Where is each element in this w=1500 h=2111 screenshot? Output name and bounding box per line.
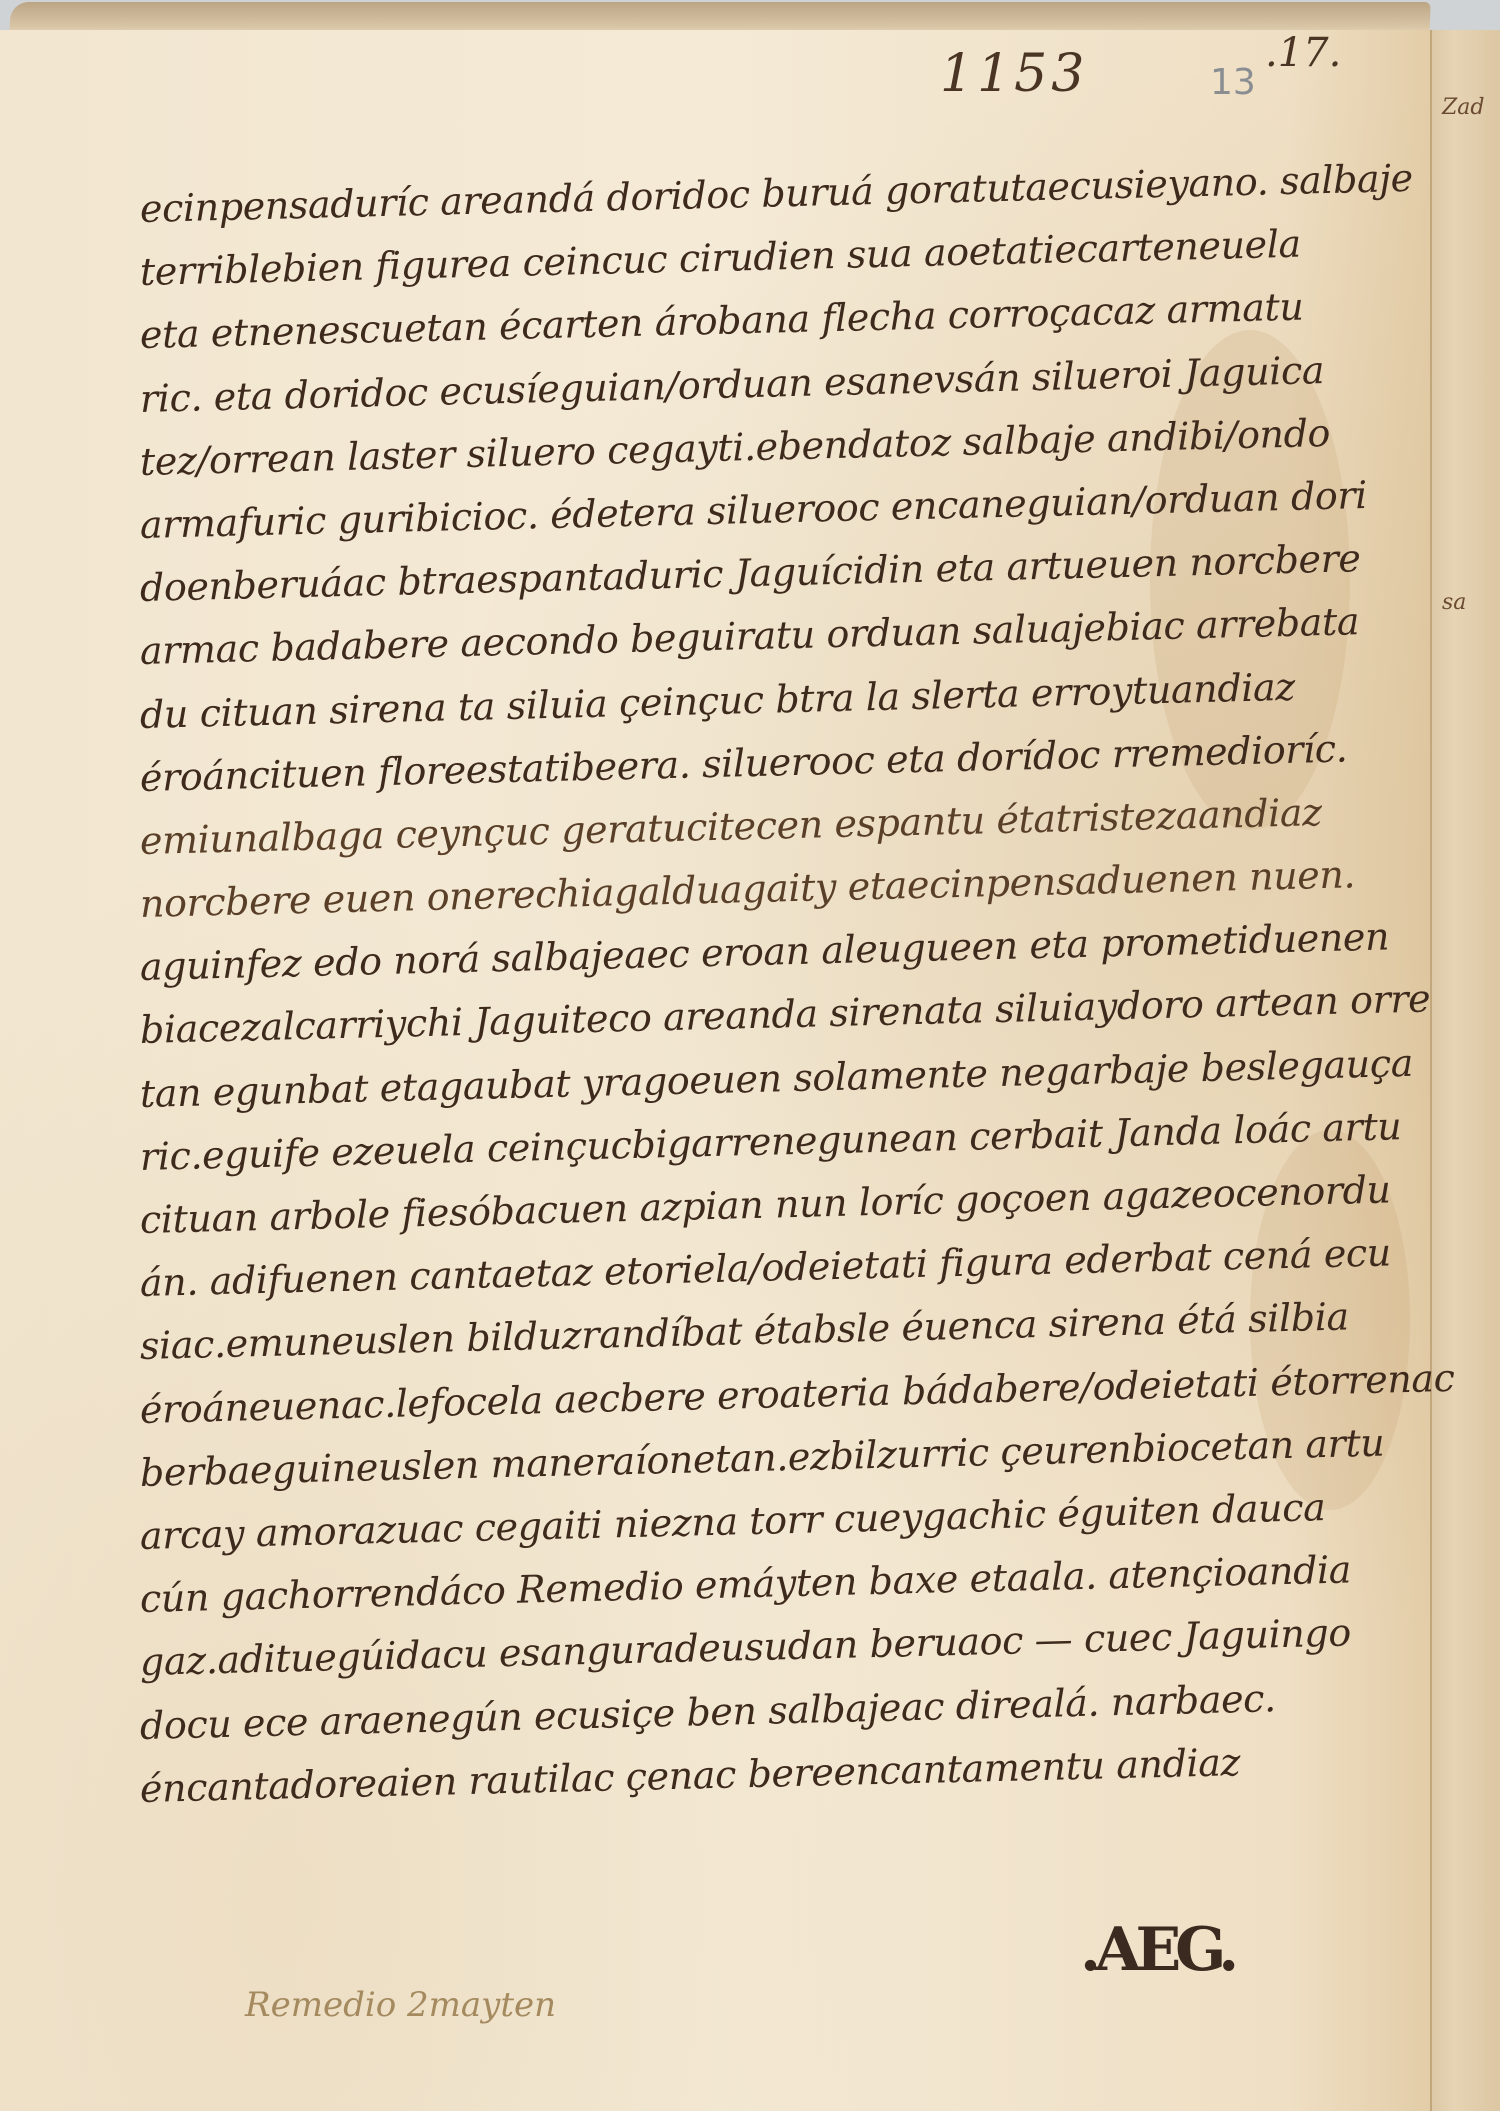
manuscript-scan: Zad sa 1153 13 .17. ecinpensaduríc arean… <box>0 0 1500 2111</box>
folio-number-pencil: 13 <box>1210 62 1256 103</box>
manuscript-text: ecinpensaduríc areandá doridoc buruá gor… <box>140 178 1320 1821</box>
marginal-note: Remedio 2mayten <box>245 1985 556 2025</box>
folio-number-corner: .17. <box>1265 30 1341 76</box>
underlying-pages-edge <box>1420 30 1500 2111</box>
folio-number-ink: 1153 <box>940 44 1088 104</box>
underlying-page-mark: Zad <box>1442 95 1485 120</box>
underlying-page-mark: sa <box>1442 590 1466 615</box>
scribe-monogram: .AEG. <box>1080 1915 1233 1985</box>
manuscript-page: 1153 13 .17. ecinpensaduríc areandá dori… <box>0 30 1432 2111</box>
